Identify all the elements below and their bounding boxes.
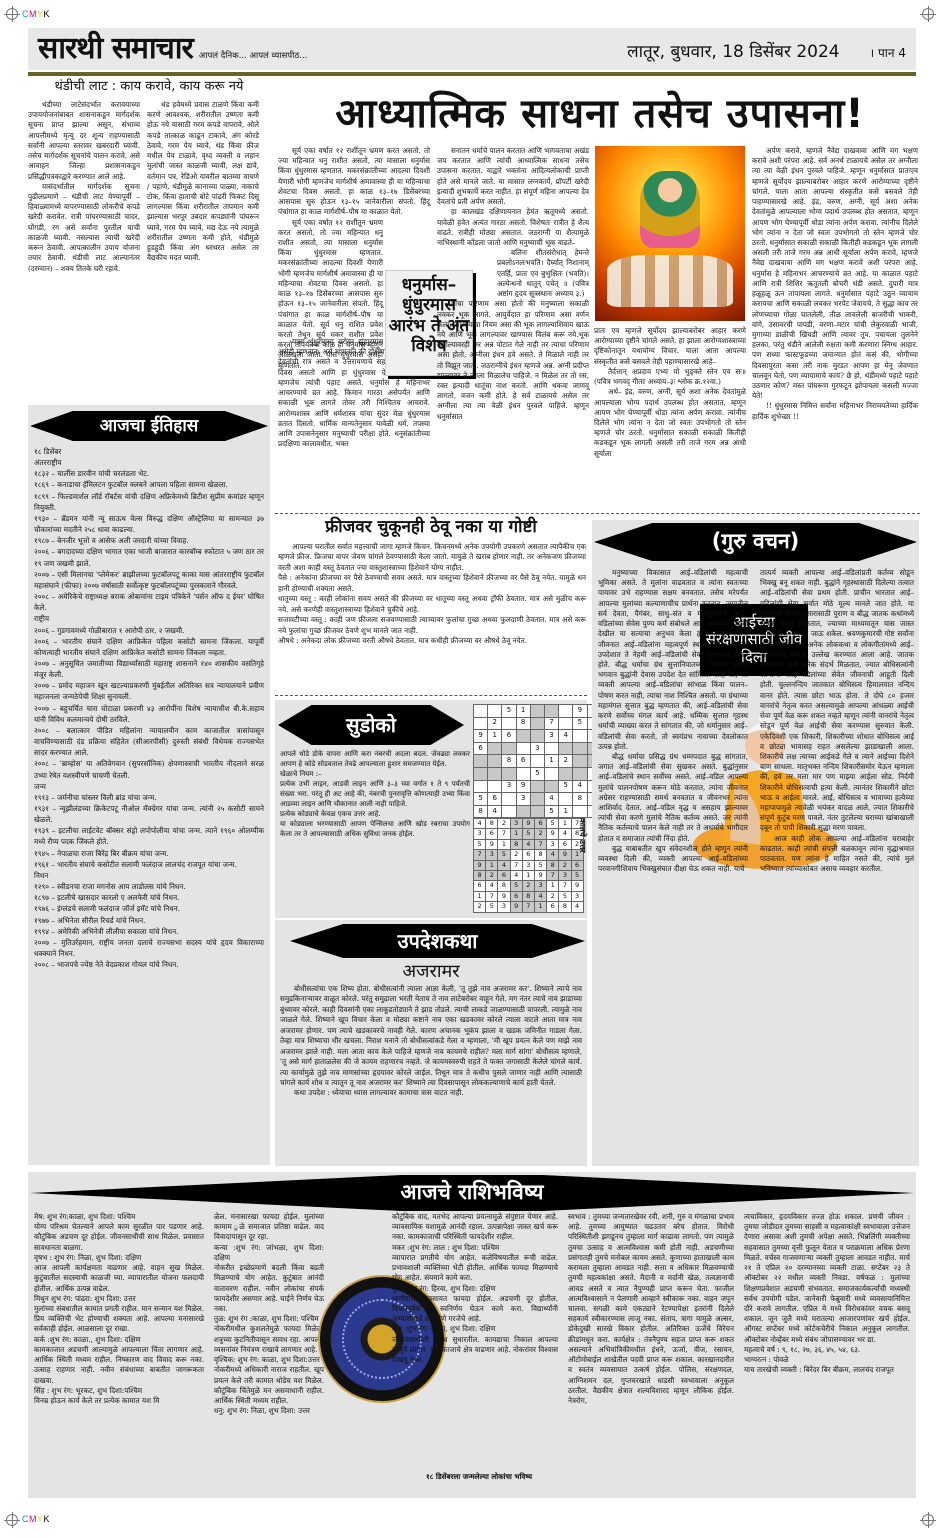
history-item: १९१३ – जर्मनीचा चांस्लर विली ब्रांड यांच… xyxy=(34,792,264,803)
sudoku-cell: 7 xyxy=(547,870,559,880)
sudoku-cell: 2 xyxy=(522,881,534,891)
sudoku-cell: 7 xyxy=(474,850,486,860)
sudoku-cell: 6 xyxy=(510,891,522,901)
zodiac-sign-text: मुलांच्या संबधातील कामात प्रगती राहील. म… xyxy=(34,1304,204,1335)
masthead: सारथी समाचार आपलं दैनिक... आपलं व्यासपीठ… xyxy=(28,28,916,70)
sudoku-cell: 7 xyxy=(486,891,498,901)
sudoku-cell: 6 xyxy=(534,819,546,829)
history-item: २००८ – अमेरिकेचे राष्ट्राध्यक्ष बराक ओबा… xyxy=(34,591,264,613)
zodiac-sign-heading: मिथुन शुभ रंग: पांढरा: शुभ दिशा: उत्तर xyxy=(34,1294,204,1304)
sudoku-cell[interactable] xyxy=(488,755,502,768)
sudoku-cell: 8 xyxy=(498,881,510,891)
sudoku-cell: 3 xyxy=(474,829,486,839)
sudoku-cell[interactable] xyxy=(573,755,587,768)
main-headline: आध्यात्मिक साधना तसेच उपासना! xyxy=(275,92,925,136)
sudoku-cell: 5 xyxy=(534,860,546,870)
sudoku-cell[interactable]: 9 xyxy=(516,780,530,793)
sudoku-cell: 1 xyxy=(547,881,559,891)
sudoku-cell[interactable] xyxy=(544,705,558,718)
history-item: २००६ – गुडगावमध्ये गोळीबारात १ आरोपी ठार… xyxy=(34,625,264,636)
zodiac-sign-heading: वृश्चिक: शुभ रंग: काळा, शुभ दिशा:उत्तर xyxy=(214,1355,324,1365)
sudoku-cell[interactable] xyxy=(502,717,516,730)
zodiac-sign-text: नोकरीमध्ये अधिकारी नाराज राहतील. खूप प्र… xyxy=(214,1365,324,1406)
history-item: १२९० – स्वीडनचा राजा मगनोस आय लाडोलस यां… xyxy=(34,881,264,892)
sudoku-cell[interactable] xyxy=(544,780,558,793)
sudoku-banner: सुडोको xyxy=(278,705,464,745)
sudoku-cell: 8 xyxy=(510,839,522,849)
sudoku-cell: 3 xyxy=(486,850,498,860)
sudoku-cell: 7 xyxy=(522,902,534,912)
fridge-paragraph: औषधे : अनेकदा लोक फ्रीजच्या वरती औषधे ठे… xyxy=(278,636,586,646)
sudoku-cell: 6 xyxy=(498,870,510,880)
sudoku-cell: 6 xyxy=(522,850,534,860)
sudoku-cell: 6 xyxy=(559,839,571,849)
sudoku-cell[interactable]: 6 xyxy=(474,742,488,755)
history-item: १९३० – ब्रॅडमन यांनी न्यू साऊथ वेल्स विर… xyxy=(34,513,264,535)
history-body: १८ डिसेंबर अंतरराष्ट्रीय१८३२ – चार्लीस ड… xyxy=(34,446,264,970)
registration-mark-icon xyxy=(922,8,934,20)
sudoku-cell[interactable]: 5 xyxy=(573,717,587,730)
sudoku-cell[interactable]: 3 xyxy=(544,730,558,743)
history-item: २००६ – भारतीय संघाने दक्षिण आफ्रिकेत पहि… xyxy=(34,636,264,658)
sudoku-cell: 5 xyxy=(522,829,534,839)
zodiac-sign-heading: कन्या :शुभ रंग: जांभळा, शुभ दिशा: दक्षिण xyxy=(214,1243,324,1263)
sudoku-cell: 1 xyxy=(486,860,498,870)
zodiac-sign-text: व्यापारात प्रगतीचे योग आहेत. कलेविषयातील… xyxy=(392,1253,558,1284)
sudoku-cell[interactable]: 6 xyxy=(516,755,530,768)
history-item: २००८ – 'ब्राम्होस' या अतिवेगवान (सुपरसॉन… xyxy=(34,758,264,780)
zodiac-sign-text: आज आपली कार्यक्षमता वाढणार आहे. वाहन सुख… xyxy=(34,1263,204,1294)
sudoku-cell[interactable] xyxy=(530,705,544,718)
horoscope-col2: ळेल. मनासारखा फायदा होईल. मुलांच्या कामा… xyxy=(214,1212,324,1416)
sudoku-cell[interactable] xyxy=(474,705,488,718)
sudoku-cell[interactable]: 3 xyxy=(530,742,544,755)
sudoku-cell: 1 xyxy=(510,829,522,839)
page-number: । पान 4 xyxy=(870,45,906,62)
history-section-heading: अंतरराष्ट्रीय xyxy=(34,457,264,468)
sudoku-cell[interactable]: 8 xyxy=(502,755,516,768)
zodiac-sign-heading: मेष: शुभ रंग:काळा, शुभ दिशा: पश्चिम xyxy=(34,1212,204,1222)
history-item: १८९९ – फिल्डमार्शल लॉर्ड रॉबर्टस यांची द… xyxy=(34,491,264,513)
sudoku-cell: 9 xyxy=(474,860,486,870)
history-item: २००७ – मुतिउर्रहमान, राष्ट्रीय जनता दलाच… xyxy=(34,937,264,959)
sudoku-cell[interactable] xyxy=(573,805,587,818)
sudoku-cell[interactable]: 4 xyxy=(559,730,573,743)
history-item: १९३१ – न्यूझीलंडच्या क्रिकेटपटू नीओल मॅक… xyxy=(34,803,264,825)
sudoku-cell: 3 xyxy=(571,891,583,901)
zodiac-sign-text: नोकरीमधील कुशलतेमुळे फायदा मिळेल. शत्रुच… xyxy=(214,1324,324,1355)
fridge-paragraph: आपल्या घरातील सर्वात महत्त्वाची जागा म्ह… xyxy=(278,542,586,573)
sudoku-cell: 7 xyxy=(559,881,571,891)
guru-vachan-banner: (गुरु वचन) xyxy=(594,523,917,561)
sudoku-cell[interactable] xyxy=(530,730,544,743)
sudoku-cell[interactable] xyxy=(516,805,530,818)
sudoku-cell[interactable]: 1 xyxy=(516,705,530,718)
sudoku-cell[interactable]: 1 xyxy=(559,805,573,818)
sudoku-cell: 5 xyxy=(510,881,522,891)
sudoku-cell: 5 xyxy=(498,850,510,860)
history-item: १८३२ – चार्लीस डारवीन यांची चरलंडला भेट. xyxy=(34,468,264,479)
sudoku-cell[interactable] xyxy=(530,717,544,730)
divider xyxy=(275,695,587,696)
sudoku-cell: 5 xyxy=(559,891,571,901)
sudoku-cell[interactable]: 6 xyxy=(502,730,516,743)
zodiac-sign-text: कौटुंबिक वाद, मतभेद आपल्या प्रयत्नामुळे … xyxy=(392,1212,558,1243)
sudoku-cell[interactable]: 2 xyxy=(488,717,502,730)
sudoku-cell[interactable]: 3 xyxy=(502,780,516,793)
sudoku-cell: 4 xyxy=(498,860,510,870)
sudoku-cell[interactable] xyxy=(530,755,544,768)
sudoku-cell: 5 xyxy=(571,870,583,880)
deity-figure-icon xyxy=(640,171,700,248)
zodiac-sign-text: विनम्र होऊन कार्य केले तर प्रत्येक कामात… xyxy=(34,1396,204,1406)
sudoku-cell: 8 xyxy=(474,870,486,880)
sudoku-cell[interactable] xyxy=(559,705,573,718)
sudoku-cell: 1 xyxy=(522,870,534,880)
history-item: १८६९ – कनाडाचा हॅमिलटन फुटबॉल क्लबने आपल… xyxy=(34,479,264,490)
surya-deity-image xyxy=(595,146,745,321)
horoscope-col3: कौटुंबिक वाद, मतभेद आपल्या प्रयत्नामुळे … xyxy=(392,1212,558,1365)
zodiac-sign-text: योग्य परिश्रम घेतल्याने आपले काम सुरळीत … xyxy=(34,1222,204,1253)
sudoku-cell[interactable]: 5 xyxy=(502,705,516,718)
sudoku-cell[interactable]: 6 xyxy=(488,793,502,806)
sudoku-cell: 4 xyxy=(510,870,522,880)
history-item: २००७ – बहुचर्चित चारा घोटाळा प्रकरणी ४३ … xyxy=(34,703,264,725)
sudoku-cell: 7 xyxy=(534,839,546,849)
sudoku-cell[interactable] xyxy=(502,805,516,818)
sudoku-cell: 9 xyxy=(510,902,522,912)
history-item: १९९४ – अमेरिकी अभिनेत्री लीलीया सकाला या… xyxy=(34,926,264,937)
sudoku-cell: 2 xyxy=(498,819,510,829)
sudoku-cell: 2 xyxy=(547,891,559,901)
sudoku-cell: 3 xyxy=(559,870,571,880)
history-item: १९४५ – नेपाळचा राजा बिरेंद्र बिर बीक्रम … xyxy=(34,848,264,859)
zodiac-sign-heading: कुंभ: शुभ रंग: हिरवा, शुभ दिशा: दक्षिण xyxy=(392,1284,558,1294)
sudoku-cell[interactable] xyxy=(516,730,530,743)
sudoku-cell[interactable] xyxy=(530,793,544,806)
history-item: २००७ – प्रमोद महाजन खून खटल्याप्रकरणी मु… xyxy=(34,680,264,702)
sudoku-cell[interactable] xyxy=(559,717,573,730)
sudoku-cell[interactable]: 5 xyxy=(559,780,573,793)
sudoku-cell[interactable] xyxy=(474,717,488,730)
history-item: २००८ – भाजपचे ज्येष्ठ नेते वेदप्रकाश गोय… xyxy=(34,959,264,970)
sudoku-cell[interactable] xyxy=(530,780,544,793)
zodiac-sign-heading: कर्क :शुभ रंग: काळा., शुभ दिशा: दक्षिण xyxy=(34,1335,204,1345)
sudoku-cell: 9 xyxy=(522,819,534,829)
main-col3: प्रातः एव म्हणजे सूर्योदय झाल्याबरोबर आह… xyxy=(594,326,746,459)
zodiac-sign-text: ळेल. मनासारखा फायदा होईल. मुलांच्या कामा… xyxy=(214,1212,324,1243)
sudoku-cell: 1 xyxy=(498,839,510,849)
sudoku-cell: 5 xyxy=(547,819,559,829)
horoscope-col1: मेष: शुभ रंग:काळा, शुभ दिशा: पश्चिमयोग्य… xyxy=(34,1212,204,1406)
fridge-paragraph: पैसे : अनेकांना फ्रीजच्या वर पैसे ठेवण्य… xyxy=(278,573,586,594)
sudoku-cell[interactable] xyxy=(559,742,573,755)
sudoku-cell[interactable] xyxy=(573,730,587,743)
sudoku-cell: 3 xyxy=(534,881,546,891)
history-item: १९७७ – अभिनेता सीरील रिचर्ड यांचे निधन. xyxy=(34,915,264,926)
sudoku-cell: 1 xyxy=(474,891,486,901)
sudoku-puzzle-grid[interactable]: 519228751916346386125939546563488451 xyxy=(473,704,602,818)
history-item: २००६ – बगदादच्या दक्षिण भागात एका भाजी ब… xyxy=(34,546,264,568)
cmyk-mark-top: CMYK xyxy=(22,8,50,21)
history-section-heading: निधन xyxy=(34,870,264,881)
chariot-horses-icon xyxy=(607,255,733,308)
registration-mark-icon xyxy=(6,1514,18,1526)
sudoku-cell[interactable]: 4 xyxy=(573,780,587,793)
fridge-title: फ्रीजवर चुकूनही ठेवू नका या गोष्टी xyxy=(275,518,587,537)
sudoku-cell[interactable] xyxy=(516,742,530,755)
sudoku-cell[interactable]: 2 xyxy=(559,755,573,768)
zodiac-sign-text: कामकाजात अडचणी आल्यामुळे आपल्याला चिंता … xyxy=(34,1345,204,1386)
sudoku-cell: 4 xyxy=(486,881,498,891)
sudoku-cell[interactable] xyxy=(488,705,502,718)
birthday-forecast-title: १८ डिसेंबरला जन्मलेल्या लोकांचा भविष्य xyxy=(400,1472,558,1482)
history-item: १८९७ – इटलीचे खासदार कारलो ए अलफेरी यांच… xyxy=(34,892,264,903)
main-col2: सनातन धर्माचे पालन करतात आणि भागवताचा अख… xyxy=(437,146,589,422)
sudoku-cell[interactable]: 5 xyxy=(530,767,544,780)
cold-wave-title: थंडीची लाट : काय करावे, काय करू नये xyxy=(28,80,270,94)
sudoku-cell[interactable] xyxy=(502,793,516,806)
sudoku-cell: 9 xyxy=(486,839,498,849)
sudoku-cell: 6 xyxy=(571,860,583,870)
fridge-paragraph: धातूच्या वस्तू : काही लोकांना सवय असते क… xyxy=(278,594,586,615)
sudoku-cell: 7 xyxy=(510,860,522,870)
sudoku-cell[interactable] xyxy=(573,767,587,780)
history-date: १८ डिसेंबर xyxy=(34,446,264,457)
history-item: २००७ – अनुसूचित जमातीच्या विद्यार्थ्यांस… xyxy=(34,658,264,680)
sudoku-cell[interactable]: 7 xyxy=(544,717,558,730)
sudoku-cell[interactable] xyxy=(474,755,488,768)
sudoku-cell[interactable]: 4 xyxy=(488,805,502,818)
sudoku-cell: 3 xyxy=(498,902,510,912)
sudoku-cell: 4 xyxy=(571,902,583,912)
zodiac-sign-heading: धनु: शुभ रंग: निळा, शुभ दिशा: उत्तर xyxy=(214,1406,324,1416)
sudoku-cell[interactable] xyxy=(544,742,558,755)
history-item: २००७ – एसी मिलानचा 'प्लेमेकर' ब्राझीलच्य… xyxy=(34,569,264,591)
sudoku-cell[interactable] xyxy=(488,767,502,780)
sudoku-cell: 2 xyxy=(486,870,498,880)
sudoku-cell: 8 xyxy=(547,860,559,870)
sudoku-cell: 3 xyxy=(547,839,559,849)
newspaper-title: सारथी समाचार xyxy=(38,34,193,64)
sudoku-cell[interactable] xyxy=(516,767,530,780)
sudoku-cell: 2 xyxy=(510,850,522,860)
sudoku-cell: 8 xyxy=(486,819,498,829)
divider xyxy=(275,513,920,514)
zodiac-sign-heading: मकर :शुभ रंग: लाल : शुभ दिशा: पश्चिम xyxy=(392,1243,558,1253)
sudoku-cell[interactable] xyxy=(502,742,516,755)
sudoku-solution-grid: 4823965173671529485918473627352684919147… xyxy=(473,818,584,913)
sudoku-instructions: आपले थोडे डोके वापरा आणि करा नंबरची अदला… xyxy=(280,750,470,839)
horoscope-col5: त्वचाविकार, हृदयविकार तज्ज्ञ होऊ शकाल. प… xyxy=(744,1212,910,1376)
sudoku-cell[interactable] xyxy=(544,767,558,780)
sudoku-cell: 5 xyxy=(486,902,498,912)
sudoku-cell[interactable]: 9 xyxy=(573,705,587,718)
header-rule xyxy=(28,72,916,76)
sudoku-cell: 5 xyxy=(474,839,486,849)
registration-mark-icon xyxy=(922,1514,934,1526)
sudoku-cell: 8 xyxy=(522,891,534,901)
answer-label: कालचे उत्तर xyxy=(578,818,588,853)
sudoku-cell: 6 xyxy=(547,902,559,912)
sudoku-cell: 9 xyxy=(547,829,559,839)
history-item: १९३९ – इटलीचा लाईटवेट बॉक्सर संड्रो लपोप… xyxy=(34,825,264,847)
sudoku-cell: 3 xyxy=(522,860,534,870)
sudoku-cell[interactable]: 4 xyxy=(544,793,558,806)
history-item: १९८७ – बेनजीर भूत्तो व आसेफ अली जरदारी य… xyxy=(34,535,264,546)
sudoku-cell: 9 xyxy=(571,881,583,891)
sudoku-cell: 4 xyxy=(547,850,559,860)
story-body: बोधीसत्वांचा एक शिष्य होता. बोधीसत्वांनी… xyxy=(280,984,582,1099)
zodiac-sign-heading: सिंह : शुभ रंग: भूरकट, शुभ दिशा:पश्चिम xyxy=(34,1386,204,1396)
history-item: २००८ – बलात्कार पीडित महिलांना न्यायालयी… xyxy=(34,725,264,758)
main-col4: अर्पण करावे, म्हणजे नैवेद्य दाखवावा आणि … xyxy=(752,146,918,422)
sudoku-cell[interactable]: 8 xyxy=(474,805,488,818)
tagline: आपलं दैनिक... आपलं व्यासपीठ... xyxy=(199,50,308,62)
sudoku-cell: 8 xyxy=(534,850,546,860)
sudoku-cell: 6 xyxy=(486,829,498,839)
sudoku-cell[interactable] xyxy=(573,742,587,755)
sudoku-cell: 4 xyxy=(522,839,534,849)
sudoku-cell[interactable]: 1 xyxy=(544,755,558,768)
sudoku-cell[interactable] xyxy=(502,767,516,780)
zodiac-sign-heading: वृषभ : शुभ रंग: निळा, शुभ दिशा: दक्षिण xyxy=(34,1253,204,1263)
cold-wave-col1: थंडीच्या लाटेसंदर्भात करावयाच्या उपाययोज… xyxy=(28,100,140,274)
sudoku-cell: 4 xyxy=(559,829,571,839)
sudoku-cell: 2 xyxy=(534,829,546,839)
sudoku-cell[interactable] xyxy=(488,780,502,793)
sudoku-cell[interactable]: 5 xyxy=(544,805,558,818)
zodiac-sign-text: जीवनासाथीशी संबंध सुधारतील. कायद्याचा नि… xyxy=(392,1335,558,1366)
sudoku-cell[interactable] xyxy=(530,805,544,818)
sudoku-cell: 4 xyxy=(474,819,486,829)
story-banner: उपदेशकथा xyxy=(290,924,585,958)
history-item: १९७६ – इंग्लंडचे सलामी फलंदाज जॉर्ज इमॅट… xyxy=(34,903,264,914)
registration-mark-icon xyxy=(6,8,18,20)
sudoku-cell: 6 xyxy=(474,881,486,891)
sudoku-cell: 8 xyxy=(559,902,571,912)
sudoku-cell: 1 xyxy=(534,902,546,912)
sudoku-cell[interactable] xyxy=(559,767,573,780)
horoscope-col4: स्वभाव : तुमच्या जन्मतारखेवर रवी, शनी, ग… xyxy=(568,1212,734,1406)
sudoku-cell: 9 xyxy=(498,891,510,901)
sudoku-cell: 7 xyxy=(498,829,510,839)
cold-wave-col2: थंड हवेमध्ये प्रवास टाळणे किंवा कमी करणे… xyxy=(147,100,259,264)
sudoku-cell: 3 xyxy=(510,819,522,829)
history-section-heading: जन्म xyxy=(34,781,264,792)
sudoku-cell: 2 xyxy=(474,902,486,912)
fridge-body: आपल्या घरातील सर्वात महत्त्वाची जागा म्ह… xyxy=(278,542,586,646)
history-section-heading: राष्ट्रीय xyxy=(34,613,264,624)
sudoku-cell: 9 xyxy=(559,850,571,860)
sudoku-cell[interactable]: 5 xyxy=(474,793,488,806)
zodiac-sign-heading: मीन :शुभ रंग: काळा, शुभ दिशा: दक्षिण xyxy=(392,1324,558,1334)
sudoku-cell: 9 xyxy=(534,870,546,880)
sudoku-cell[interactable]: 3 xyxy=(516,793,530,806)
sudoku-cell: 4 xyxy=(534,891,546,901)
sudoku-cell: 1 xyxy=(559,819,571,829)
guru-vachan-col2: तात्पर्य व्यक्ती आपल्या आई–वडिलांप्रती क… xyxy=(760,568,914,875)
sudoku-cell[interactable] xyxy=(474,767,488,780)
sudoku-cell[interactable] xyxy=(488,742,502,755)
dateline: लातूर, बुधवार, 18 डिसेंबर 2024 xyxy=(627,40,840,64)
history-banner: आजचा ईतिहास xyxy=(30,411,268,441)
zodiac-sign-text: भागीदारी व्यवसायत फायदा होईल. अडचणी दूर … xyxy=(392,1294,558,1325)
story-title: अजरामर xyxy=(275,962,587,982)
sudoku-cell[interactable] xyxy=(559,793,573,806)
sudoku-cell[interactable]: 1 xyxy=(488,730,502,743)
sudoku-cell[interactable]: 8 xyxy=(573,793,587,806)
zodiac-sign-heading: तुळ: शुभ रंग :काळा, शुभ दिशा: पश्चिम xyxy=(214,1314,324,1324)
sudoku-cell[interactable]: 9 xyxy=(474,730,488,743)
fridge-paragraph: सजावटीच्या वस्तू : काही जण फ्रीजला सजवण्… xyxy=(278,615,586,636)
sudoku-cell[interactable]: 8 xyxy=(516,717,530,730)
cmyk-mark-bottom: CMYK xyxy=(22,1513,50,1526)
history-item: १९६१ – भारतीय संघाचे कसोटीत सलामी फलंदाज… xyxy=(34,859,264,870)
guru-vachan-col1: मनुष्याच्या विकासात आई–वडिलांची महत्वाची… xyxy=(598,568,748,875)
sudoku-cell[interactable] xyxy=(474,780,488,793)
zodiac-sign-text: नोकरीत इच्छेप्रमाणे बदली किंवा बढती मिळण… xyxy=(214,1263,324,1314)
sudoku-cell: 2 xyxy=(559,860,571,870)
